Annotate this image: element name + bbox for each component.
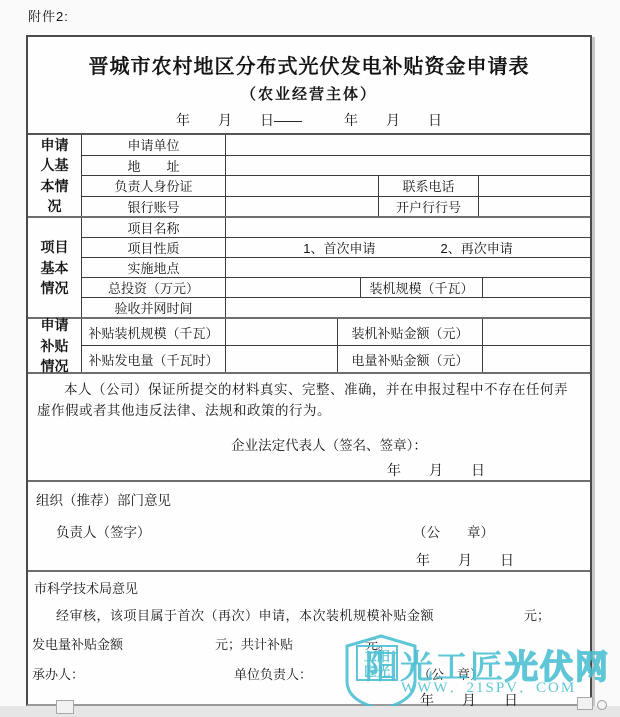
value-cell-location [226,258,590,277]
form-header: 晋城市农村地区分布式光伏发电补贴资金申请表 （农业经营主体） 年 月 日—— 年… [28,37,590,135]
bureau-opinion-title: 市科学技术局意见 [34,578,590,597]
table-row: 银行账号 开户行行号 [82,197,590,217]
value-cell-applicant-unit [226,135,590,155]
value-cell-subsidy-generation [226,346,338,372]
form-subtitle: （农业经营主体） [28,79,590,107]
field-label-project-name: 项目名称 [82,218,226,237]
bureau-opinion-section: 市科学技术局意见 经审核，该项目属于首次（再次）申请，本次装机规模补贴金额 元；… [28,572,590,710]
value-cell-project-nature: 1、首次申请 2、再次申请 [226,238,590,257]
bureau-generation-amount-label: 发电量补贴金额 [32,634,123,653]
value-cell-total-investment [226,278,361,297]
subsidy-group-label-text: 申请补贴情况 [39,315,69,376]
form-title: 晋城市农村地区分布式光伏发电补贴资金申请表 [28,37,590,79]
subsidy-section: 申请补贴情况 补贴装机规模（千瓦） 装机补贴金额（元） 补贴发电量（千瓦时） 电… [28,319,590,374]
table-row: 总投资（万元） 装机规模（千瓦） [82,278,590,298]
value-cell-installed-capacity [483,278,590,297]
applicant-section: 申请人基本情况 申请单位 地 址 负责人身份证 联系电话 银行账号 [28,135,590,218]
value-cell-grid-connection-date [226,298,590,317]
value-cell-phone [479,176,590,196]
value-cell-id-card [226,176,379,196]
field-label-applicant-unit: 申请单位 [82,135,226,155]
field-label-grid-connection-date: 验收并网时间 [82,298,226,317]
form-date-range: 年 月 日—— 年 月 日 [28,107,590,133]
org-opinion-section: 组织（推荐）部门意见 负责人（签字） （公 章） 年 月 日 [28,482,590,572]
table-row: 验收并网时间 [82,298,590,317]
table-row: 负责人身份证 联系电话 [82,176,590,197]
project-group-label-text: 项目基本情况 [39,237,69,298]
bureau-seal-label: （公 章） [418,664,483,683]
project-section: 项目基本情况 项目名称 项目性质 1、首次申请 2、再次申请 实施地点 总投资（… [28,218,590,319]
field-label-installed-capacity: 装机规模（千瓦） [361,278,483,297]
value-cell-bank-code [479,197,590,217]
value-cell-generation-subsidy-amount [483,346,590,372]
table-row: 补贴装机规模（千瓦） 装机补贴金额（元） [82,319,590,346]
application-form-table: 晋城市农村地区分布式光伏发电补贴资金申请表 （农业经营主体） 年 月 日—— 年… [26,35,592,706]
field-label-subsidy-generation: 补贴发电量（千瓦时） [82,346,226,372]
legal-representative-signature-label: 企业法定代表人（签名、签章）： [37,434,581,454]
field-label-capacity-subsidy-amount: 装机补贴金额（元） [338,319,483,345]
field-label-total-investment: 总投资（万元） [82,278,226,297]
selection-handle-left [56,700,74,714]
bureau-total-amount-unit: 元。 [365,634,391,653]
table-row: 地 址 [82,156,590,177]
org-signer-label: 负责人（签字） [56,521,151,541]
undertaker-label: 承办人： [32,664,84,683]
field-label-bank-account: 银行账号 [82,197,226,217]
value-cell-subsidy-capacity [226,319,338,345]
attachment-label: 附件2: [28,6,69,25]
org-seal-label: （公 章） [413,521,494,541]
field-label-id-card: 负责人身份证 [82,176,226,196]
field-label-phone: 联系电话 [379,176,479,196]
table-row: 申请单位 [82,135,590,156]
value-cell-bank-account [226,197,379,217]
bureau-capacity-amount-unit: 元； [524,605,550,624]
declaration-date-line: 年 月 日 [37,460,581,480]
document-page: 附件2: 晋城市农村地区分布式光伏发电补贴资金申请表 （农业经营主体） 年 月 … [0,0,620,717]
table-row: 补贴发电量（千瓦时） 电量补贴金额（元） [82,346,590,372]
bureau-review-text: 经审核，该项目属于首次（再次）申请，本次装机规模补贴金额 [56,605,434,624]
project-group-label: 项目基本情况 [28,218,82,317]
org-opinion-title: 组织（推荐）部门意见 [36,489,590,509]
declaration-section: 本人（公司）保证所提交的材料真实、完整、准确，并在申报过程中不存在任何弄虚作假或… [28,374,590,482]
field-label-address: 地 址 [82,156,226,176]
subsidy-group-label: 申请补贴情况 [28,319,82,372]
unit-head-label: 单位负责人： [234,664,312,683]
table-row: 实施地点 [82,258,590,278]
value-cell-capacity-subsidy-amount [483,319,590,345]
selection-handle-circle [597,700,607,710]
declaration-text: 本人（公司）保证所提交的材料真实、完整、准确，并在申报过程中不存在任何弄虚作假或… [37,379,581,421]
org-date-line: 年 月 日 [28,550,590,570]
field-label-location: 实施地点 [82,258,226,277]
field-label-bank-code: 开户行行号 [379,197,479,217]
value-cell-project-name [226,218,590,237]
value-cell-address [226,156,590,176]
selection-handle-right [577,697,593,710]
table-row: 项目性质 1、首次申请 2、再次申请 [82,238,590,258]
field-label-subsidy-capacity: 补贴装机规模（千瓦） [82,319,226,345]
table-row: 项目名称 [82,218,590,238]
page-bottom-strip [0,706,620,717]
field-label-generation-subsidy-amount: 电量补贴金额（元） [338,346,483,372]
bureau-generation-amount-unit: 元；共计补贴 [215,634,293,653]
applicant-group-label: 申请人基本情况 [28,135,82,216]
applicant-group-label-text: 申请人基本情况 [39,135,69,216]
field-label-project-nature: 项目性质 [82,238,226,257]
